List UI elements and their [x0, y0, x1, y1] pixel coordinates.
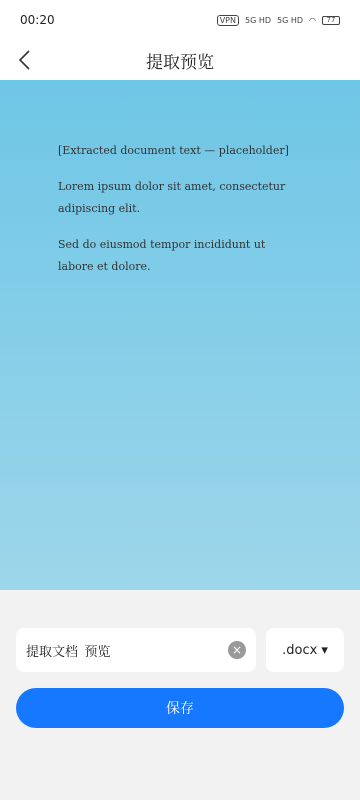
status-bar: 00:20 VPN 5G HD 5G HD ◠ 77: [0, 0, 360, 40]
bottom-panel: × .docx ▾ 保存: [0, 590, 360, 800]
format-dropdown[interactable]: .docx ▾: [266, 628, 344, 672]
back-arrow-icon[interactable]: [14, 48, 38, 72]
clock: 00:20: [20, 13, 55, 27]
format-label: .docx: [282, 643, 317, 658]
preview-paragraph: Sed do eiusmod tempor incididunt ut labo…: [58, 234, 302, 278]
preview-paragraph: [Extracted document text — placeholder]: [58, 140, 302, 162]
filename-field[interactable]: ×: [16, 628, 256, 672]
preview-paragraph: Lorem ipsum dolor sit amet, consectetur …: [58, 176, 302, 220]
filename-input[interactable]: [26, 643, 228, 658]
status-icons: VPN 5G HD 5G HD ◠ 77: [217, 15, 340, 26]
header: 提取预览: [0, 40, 360, 80]
vpn-icon: VPN: [217, 15, 239, 26]
preview-area: [Extracted document text — placeholder] …: [0, 80, 360, 590]
wifi-icon: ◠: [309, 16, 316, 25]
document-preview: [Extracted document text — placeholder] …: [38, 100, 322, 570]
signal-icon-2: 5G HD: [277, 16, 303, 25]
page-title: 提取预览: [146, 48, 214, 73]
caret-down-icon: ▾: [321, 643, 328, 658]
clear-icon[interactable]: ×: [228, 641, 246, 659]
signal-icon: 5G HD: [245, 16, 271, 25]
battery-icon: 77: [322, 16, 340, 25]
save-button[interactable]: 保存: [16, 688, 344, 728]
